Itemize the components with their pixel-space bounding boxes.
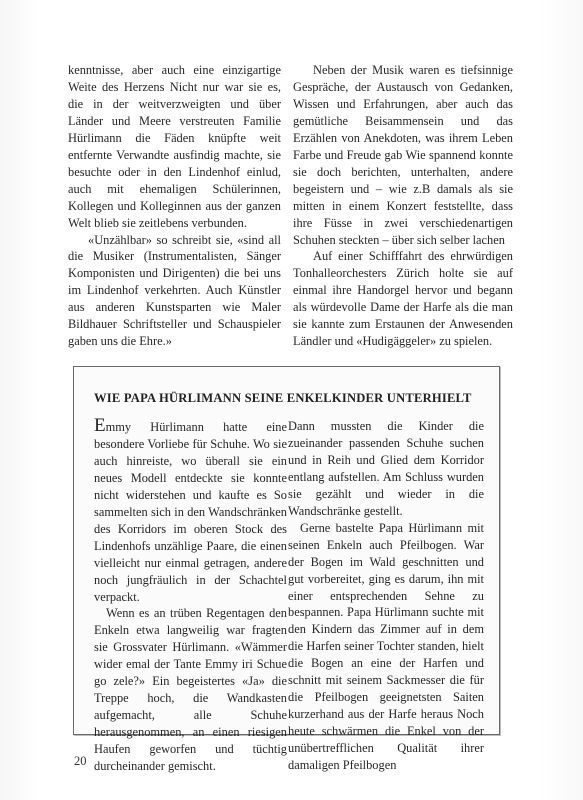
paragraph: Emmy Hürlimann hatte eine besondere Vorl…: [94, 419, 287, 605]
paragraph: kenntnisse, aber auch eine einzigartige …: [68, 62, 281, 232]
box-heading: WIE PAPA HÜRLIMANN SEINE ENKELKINDER UNT…: [94, 391, 472, 406]
paragraph: Wenn es an trüben Regentagen den Enkeln …: [94, 605, 287, 775]
paragraph-text: mmy Hürlimann hatte eine besondere Vorli…: [94, 420, 287, 604]
main-text-left-column: kenntnisse, aber auch eine einzigartige …: [68, 62, 281, 350]
box-text-right-column: Dann mussten die Kinder die zueinander p…: [288, 418, 484, 774]
sidebar-box: WIE PAPA HÜRLIMANN SEINE ENKELKINDER UNT…: [73, 366, 500, 735]
box-text-left-column: Emmy Hürlimann hatte eine besondere Vorl…: [94, 419, 287, 775]
drop-cap: E: [94, 415, 106, 436]
main-text-right-column: Neben der Musik waren es tiefsinnige Ges…: [293, 62, 513, 350]
paragraph: Neben der Musik waren es tiefsinnige Ges…: [293, 62, 513, 248]
paragraph: Dann mussten die Kinder die zueinander p…: [288, 418, 484, 520]
paragraph: Gerne bastelte Papa Hürlimann mit seinen…: [288, 520, 484, 774]
paragraph: Auf einer Schifffahrt des ehrwürdigen To…: [293, 248, 513, 350]
paragraph: «Unzählbar» so schreibt sie, «sind all d…: [68, 232, 281, 351]
page-number: 20: [74, 754, 87, 769]
